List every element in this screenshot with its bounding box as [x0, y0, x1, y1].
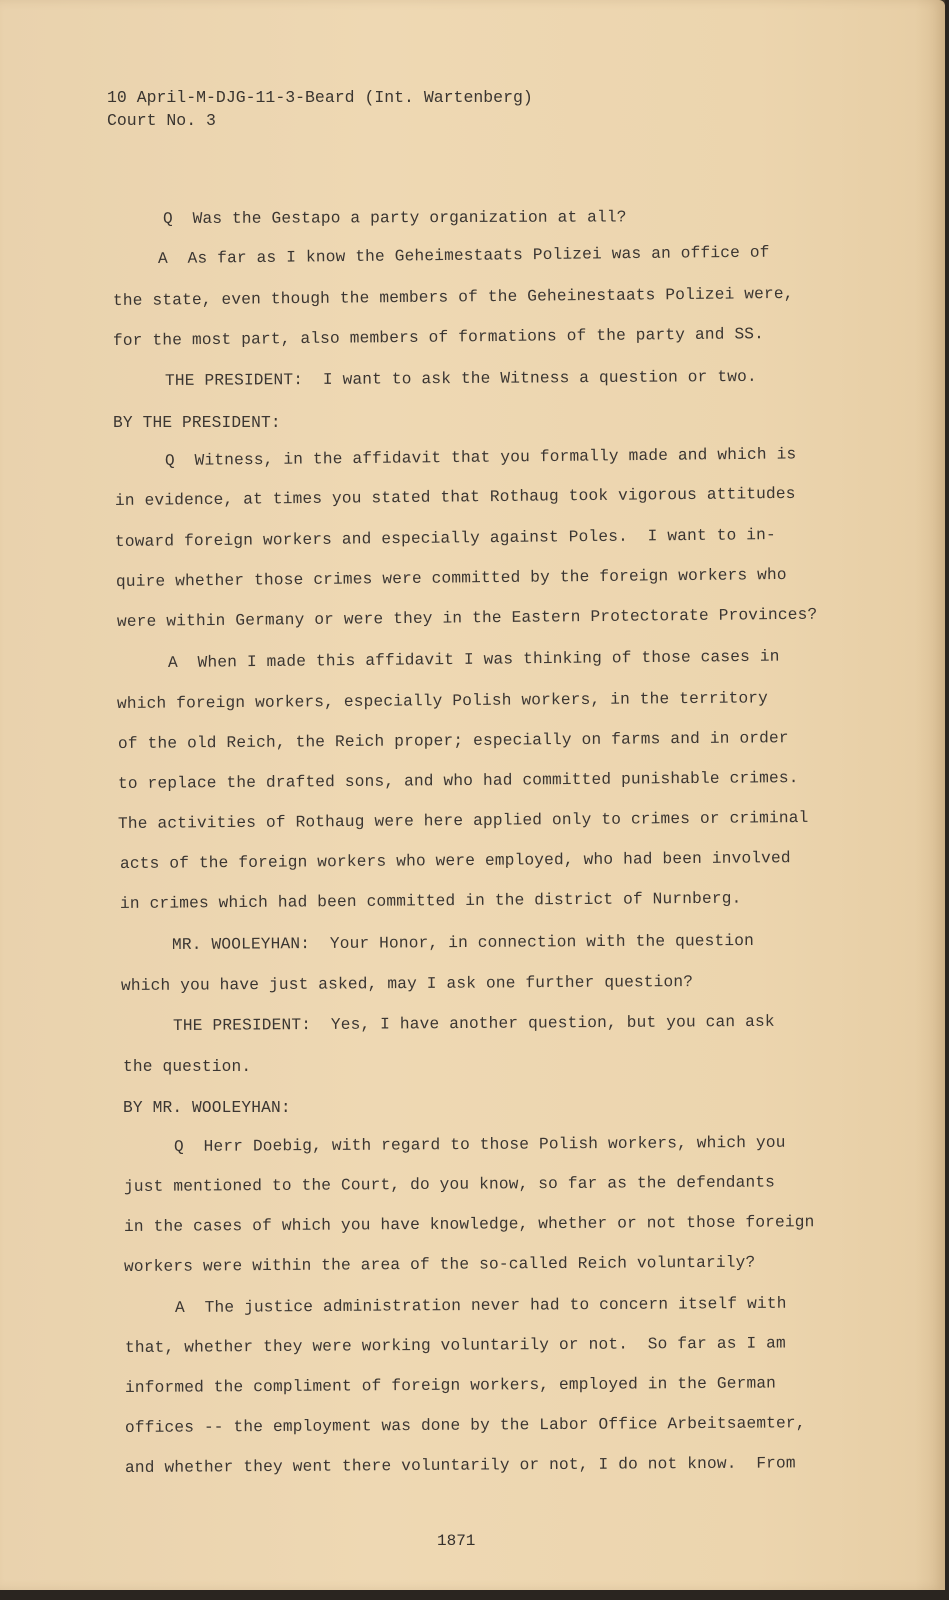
- transcript-line: the state, even though the members of th…: [113, 285, 794, 310]
- transcript-line: A When I made this affidavit I was think…: [168, 648, 780, 672]
- transcript-line: THE PRESIDENT: I want to ask the Witness…: [165, 368, 757, 390]
- transcript-line: MR. WOOLEYHAN: Your Honor, in connection…: [172, 932, 754, 954]
- transcript-line: for the most part, also members of forma…: [113, 325, 764, 350]
- transcript-line: BY MR. WOOLEYHAN:: [123, 1099, 291, 1117]
- transcript-line: to replace the drafted sons, and who had…: [118, 769, 799, 793]
- transcript-line: The activities of Rothaug were here appl…: [118, 809, 809, 833]
- page-number: 1871: [437, 1532, 475, 1550]
- transcript-line: Q Was the Gestapo a party organization a…: [163, 208, 627, 228]
- transcript-line: THE PRESIDENT: Yes, I have another quest…: [173, 1013, 775, 1035]
- transcript-line: the question.: [123, 1058, 251, 1076]
- transcript-line: Q Witness, in the affidavit that you for…: [165, 445, 796, 470]
- transcript-line: A The justice administration never had t…: [175, 1295, 787, 1317]
- transcript-line: in evidence, at times you stated that Ro…: [115, 485, 796, 510]
- transcript-line: which you have just asked, may I ask one…: [121, 973, 693, 995]
- transcript-line: BY THE PRESIDENT:: [113, 414, 281, 432]
- transcript-page: 10 April-M-DJG-11-3-Beard (Int. Wartenbe…: [0, 0, 945, 1590]
- document-header: 10 April-M-DJG-11-3-Beard (Int. Wartenbe…: [107, 86, 533, 132]
- court-number: Court No. 3: [107, 109, 533, 132]
- session-identifier: 10 April-M-DJG-11-3-Beard (Int. Wartenbe…: [107, 86, 533, 109]
- transcript-line: A As far as I know the Geheimestaats Pol…: [158, 244, 770, 268]
- transcript-line: Q Herr Doebig, with regard to those Poli…: [174, 1134, 786, 1156]
- transcript-line: workers were within the area of the so-c…: [124, 1254, 755, 1276]
- transcript-line: quire whether those crimes were committe…: [116, 566, 787, 591]
- transcript-line: acts of the foreign workers who were emp…: [120, 849, 791, 873]
- transcript-line: that, whether they were working voluntar…: [125, 1334, 786, 1357]
- transcript-line: just mentioned to the Court, do you know…: [124, 1173, 775, 1196]
- transcript-line: in the cases of which you have knowledge…: [124, 1213, 815, 1236]
- transcript-line: toward foreign workers and especially ag…: [115, 526, 776, 551]
- transcript-line: which foreign workers, especially Polish…: [117, 689, 768, 713]
- transcript-line: and whether they went there voluntarily …: [125, 1454, 796, 1477]
- transcript-line: were within Germany or were they in the …: [117, 606, 818, 631]
- transcript-line: offices -- the employment was done by th…: [125, 1414, 806, 1437]
- transcript-line: in crimes which had been committed in th…: [120, 890, 742, 913]
- transcript-line: of the old Reich, the Reich proper; espe…: [118, 729, 789, 753]
- transcript-line: informed the compliment of foreign worke…: [125, 1374, 776, 1397]
